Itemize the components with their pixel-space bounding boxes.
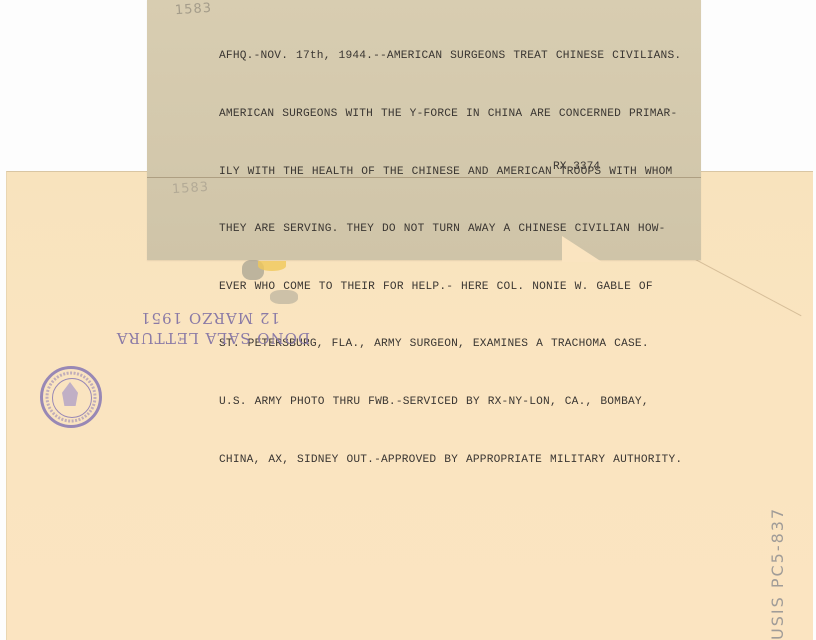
caption-line: CHINA, AX, SIDNEY OUT.-APPROVED BY APPRO…: [219, 451, 699, 470]
pencil-number-lower: 1583: [172, 180, 210, 198]
seal-ring-text: [40, 366, 102, 428]
donation-stamp-date: 12 MARZO 1951: [110, 308, 310, 328]
stain: [258, 261, 286, 271]
caption-line: AFHQ.-NOV. 17th, 1944.--AMERICAN SURGEON…: [219, 47, 699, 66]
donation-stamp: DONO SALA LETTURA 12 MARZO 1951: [110, 308, 310, 348]
caption-line: AMERICAN SURGEONS WITH THE Y-FORCE IN CH…: [219, 105, 699, 124]
archive-code: USIS PC5-837: [768, 507, 787, 640]
caption-reference: RX 3374: [553, 161, 600, 173]
donation-stamp-line: DONO SALA LETTURA: [110, 328, 310, 348]
caption-line: THEY ARE SERVING. THEY DO NOT TURN AWAY …: [219, 220, 699, 239]
institution-seal: [40, 366, 102, 428]
fold-line: [147, 177, 701, 178]
caption-line: U.S. ARMY PHOTO THRU FWB.-SERVICED BY RX…: [219, 393, 699, 412]
pencil-number: 1583: [175, 1, 213, 19]
caption-line: ILY WITH THE HEALTH OF THE CHINESE AND A…: [219, 163, 699, 182]
stain: [270, 290, 298, 304]
caption-text: AFHQ.-NOV. 17th, 1944.--AMERICAN SURGEON…: [219, 9, 699, 508]
caption-sheet: 1583 AFHQ.-NOV. 17th, 1944.--AMERICAN SU…: [147, 0, 701, 260]
